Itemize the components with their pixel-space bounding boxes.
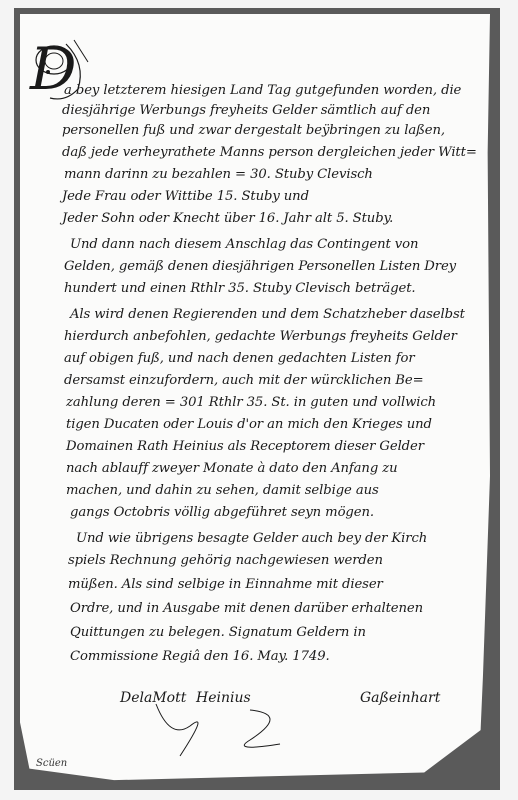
text-line-12: hierdurch anbefohlen, gedachte Werbungs … bbox=[64, 328, 457, 346]
text-line-8: Und dann nach diesem Anschlag das Contin… bbox=[70, 236, 418, 254]
text-line-16: tigen Ducaten oder Louis d'or an mich de… bbox=[66, 416, 432, 434]
signature-gasseinhart: Gaßeinhart bbox=[360, 690, 440, 706]
text-line-3: personellen fuß und zwar dergestalt beÿb… bbox=[62, 122, 445, 140]
text-line-25: Quittungen zu belegen. Signatum Geldern … bbox=[70, 624, 366, 642]
text-line-20: gangs Octobris völlig abgeführet seyn mö… bbox=[70, 504, 374, 522]
text-line-15: zahlung deren = 301 Rthlr 35. St. in gut… bbox=[66, 394, 436, 412]
archive-mark: Scüen bbox=[36, 758, 67, 769]
text-line-13: auf obigen fuß, und nach denen gedachten… bbox=[64, 350, 415, 368]
text-line-9: Gelden, gemäß denen diesjährigen Persone… bbox=[64, 258, 456, 276]
text-line-1: a bey letzterem hiesigen Land Tag gutgef… bbox=[64, 82, 461, 100]
text-line-6: Jede Frau oder Wittibe 15. Stuby und bbox=[62, 188, 309, 206]
text-line-18: nach ablauff zweyer Monate à dato den An… bbox=[66, 460, 398, 478]
text-line-17: Domainen Rath Heinius als Receptorem die… bbox=[66, 438, 424, 456]
text-line-2: diesjährige Werbungs freyheits Gelder sä… bbox=[62, 102, 430, 120]
text-line-23: müßen. Als sind selbige in Einnahme mit … bbox=[68, 576, 383, 594]
text-line-11: Als wird denen Regierenden und dem Schat… bbox=[70, 306, 465, 324]
signature-heinius: Heinius bbox=[196, 690, 251, 706]
signature-delamott: DelaMott bbox=[120, 690, 186, 706]
text-line-10: hundert und einen Rthlr 35. Stuby Clevis… bbox=[64, 280, 416, 298]
text-line-19: machen, und dahin zu sehen, damit selbig… bbox=[66, 482, 379, 500]
text-line-21: Und wie übrigens besagte Gelder auch bey… bbox=[76, 530, 427, 548]
scan-background: D a bey letzterem hiesigen Land Tag gutg… bbox=[0, 0, 518, 800]
text-line-14: dersamst einzufordern, auch mit der würc… bbox=[64, 372, 424, 390]
text-line-26: Commissione Regiâ den 16. May. 1749. bbox=[70, 648, 330, 666]
text-line-24: Ordre, und in Ausgabe mit denen darüber … bbox=[70, 600, 423, 618]
text-line-4: daß jede verheyrathete Manns person derg… bbox=[62, 144, 477, 162]
text-line-22: spiels Rechnung gehörig nachgewiesen wer… bbox=[68, 552, 383, 570]
text-line-7: Jeder Sohn oder Knecht über 16. Jahr alt… bbox=[62, 210, 393, 228]
text-line-5: mann darinn zu bezahlen = 30. Stuby Clev… bbox=[64, 166, 373, 184]
